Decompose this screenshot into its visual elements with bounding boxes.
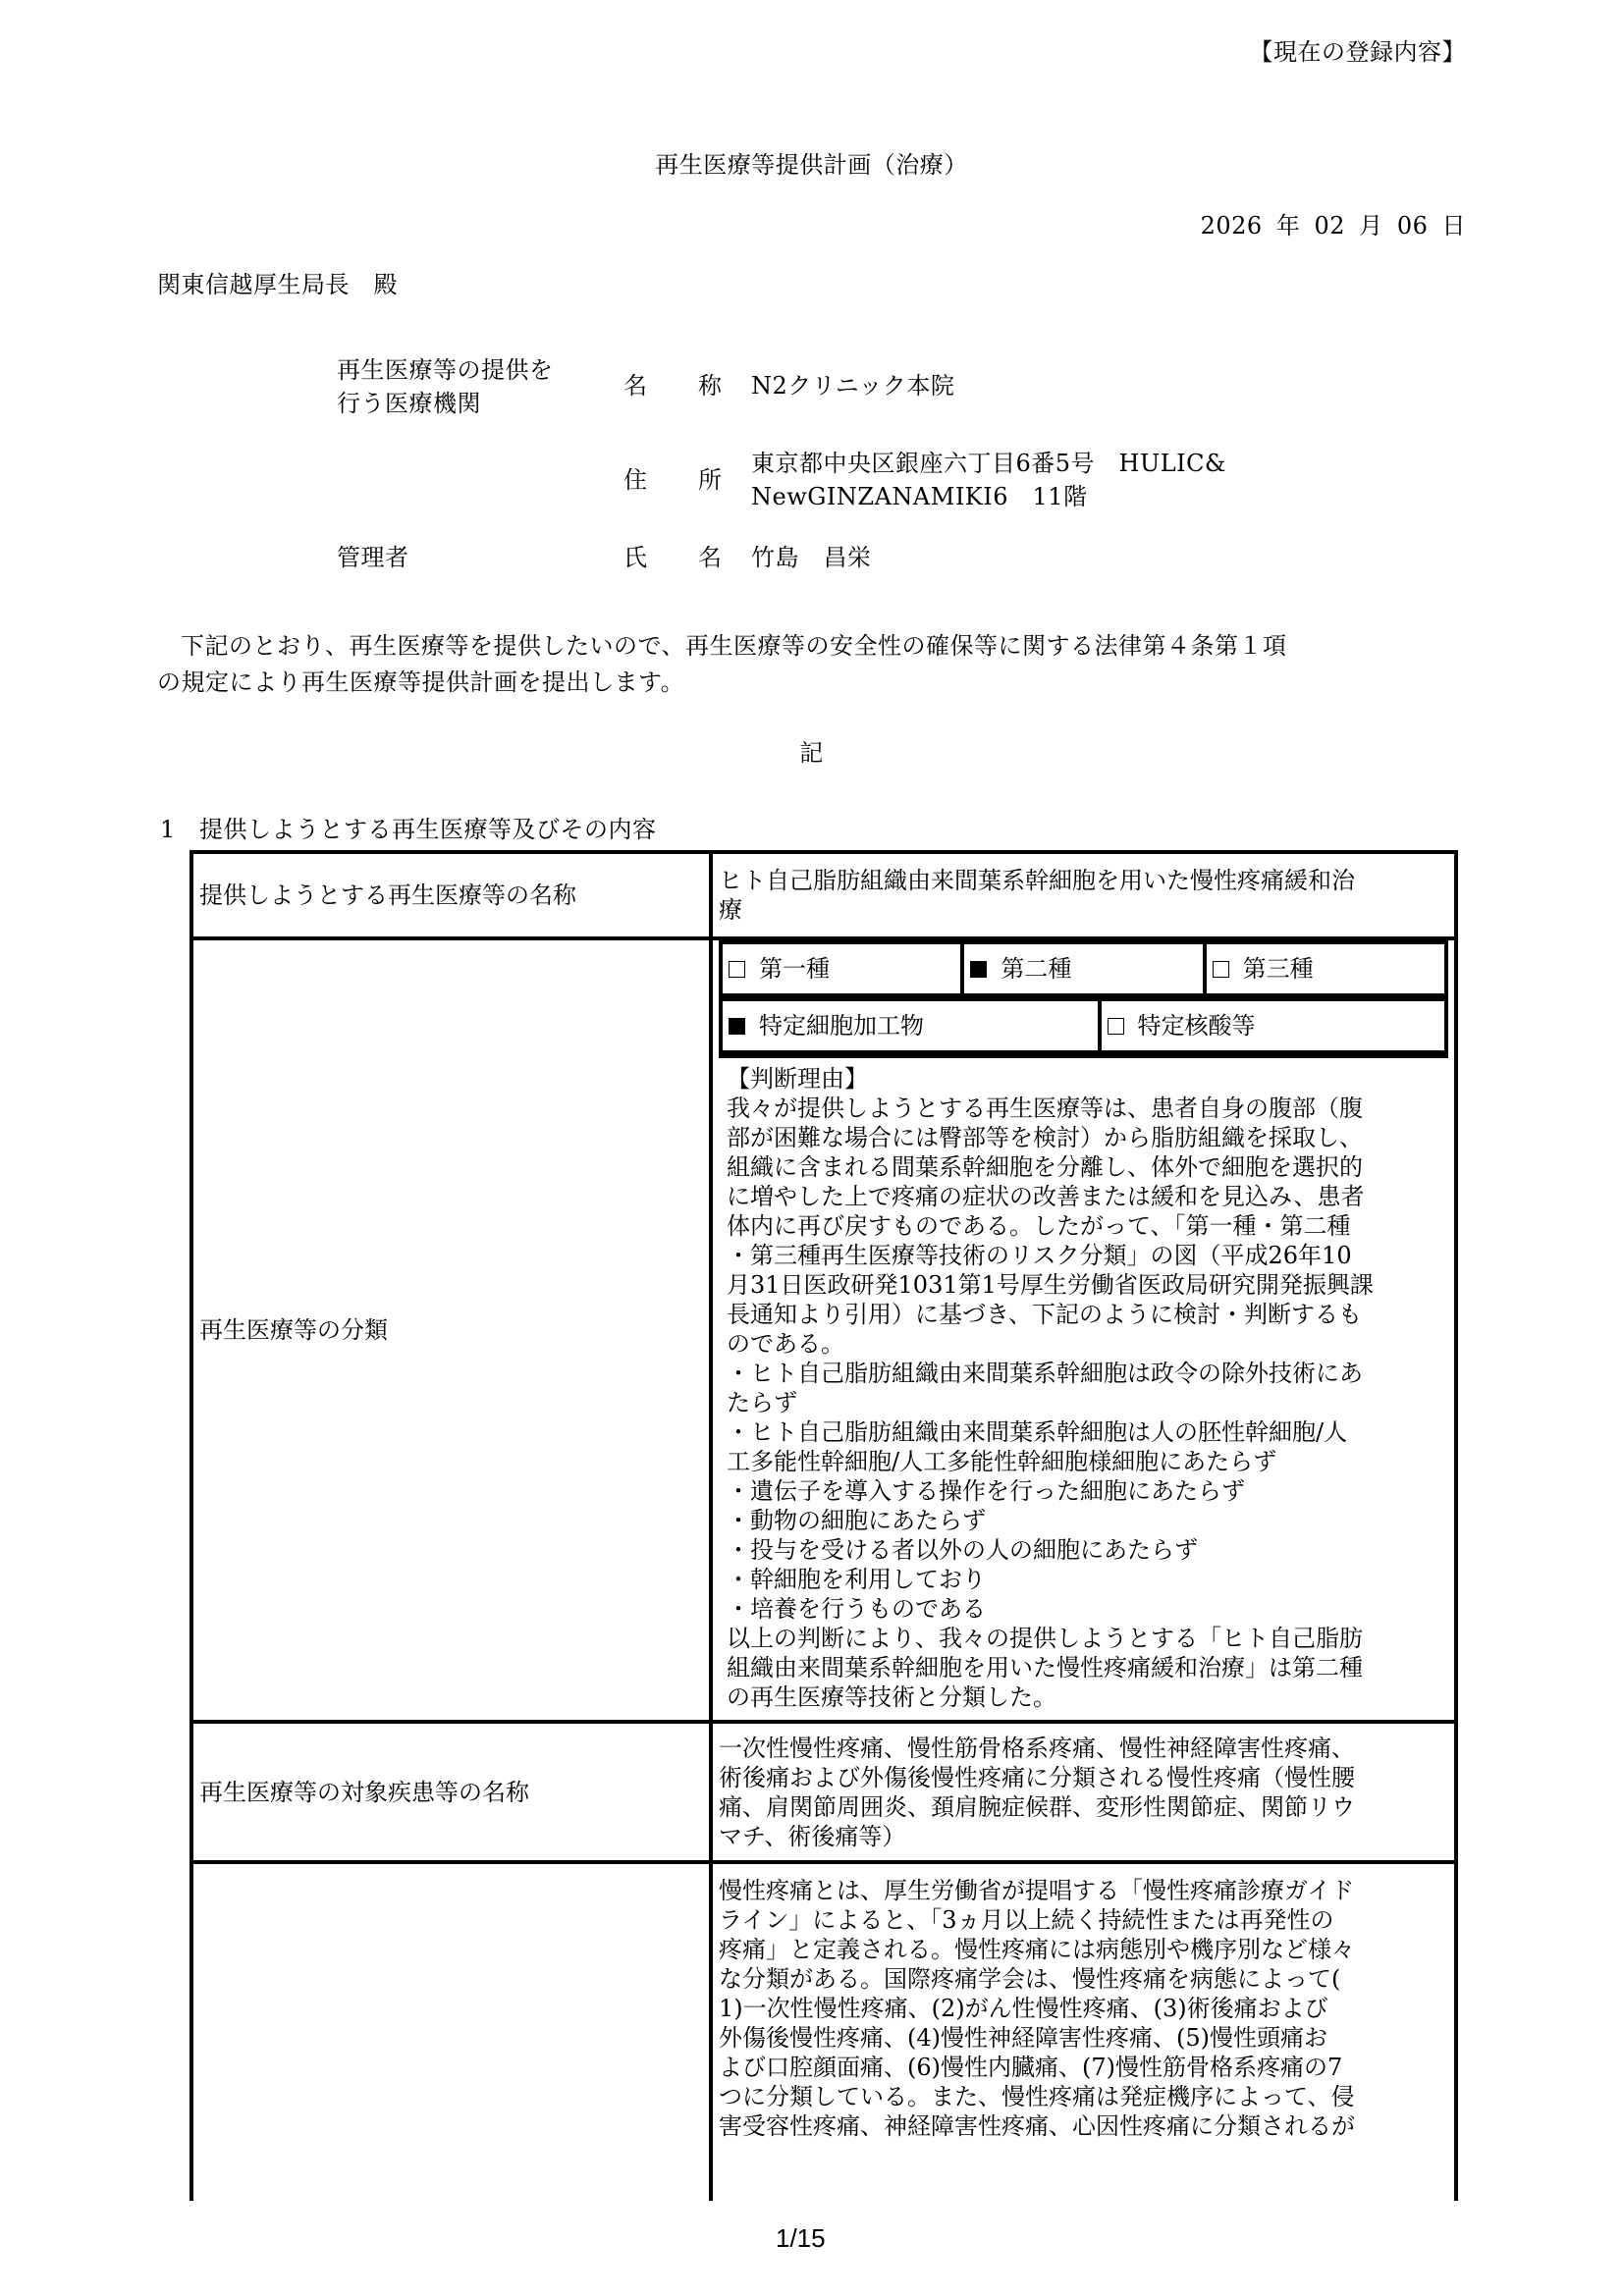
date-year: 2026 — [1201, 212, 1263, 240]
table-row: 慢性疼痛とは、厚生労働省が提唱する「慢性疼痛診療ガイド ライン」によると、「3ヵ… — [191, 1862, 1456, 2201]
date-month: 02 — [1314, 212, 1345, 240]
ki-heading: 記 — [0, 738, 1623, 769]
intro-paragraph: 下記のとおり、再生医療等を提供したいので、再生医療等の安全性の確保等に関する法律… — [157, 628, 1463, 701]
checkbox-class-3[interactable]: 第三種 — [1205, 942, 1446, 995]
institution-name-value: N2クリニック本院 — [751, 369, 954, 402]
section-number: 1 — [160, 815, 199, 845]
intro-line: の規定により再生医療等提供計画を提出します。 — [157, 665, 1463, 701]
checkbox-specified-cell-product[interactable]: 特定細胞加工物 — [721, 999, 1100, 1052]
institution-section-label: 再生医療等の提供を 行う医療機関 — [337, 353, 554, 420]
section-title: 提供しようとする再生医療等及びその内容 — [199, 816, 657, 843]
manager-section-label: 管理者 — [337, 543, 409, 573]
registration-status-label: 【現在の登録内容】 — [1250, 37, 1467, 68]
addressee: 関東信越厚生局長 殿 — [157, 270, 398, 300]
checkbox-class-1[interactable]: 第一種 — [721, 942, 962, 995]
institution-name-label: 名 称 — [623, 371, 735, 401]
manager-name-value: 竹島 昌栄 — [751, 541, 872, 574]
product-type-checkboxes: 特定細胞加工物 特定核酸等 — [719, 997, 1448, 1054]
row-label-target-disease: 再生医療等の対象疾患等の名称 — [191, 1722, 711, 1862]
checkbox-checked-icon[interactable] — [970, 961, 987, 978]
intro-line: 下記のとおり、再生医療等を提供したいので、再生医療等の安全性の確保等に関する法律… — [157, 628, 1463, 665]
section-1-heading: 1提供しようとする再生医療等及びその内容 — [160, 815, 657, 845]
row-label-disease-description — [191, 1862, 711, 2201]
page-number: 1/15 — [776, 2223, 826, 2254]
submission-date: 2026 年 02 月 06 日 — [1201, 211, 1466, 241]
date-day-unit: 日 — [1442, 212, 1467, 240]
table-row: 提供しようとする再生医療等の名称 ヒト自己脂肪組織由来間葉系幹細胞を用いた慢性疼… — [191, 852, 1456, 938]
checkbox-class-2[interactable]: 第二種 — [962, 942, 1204, 995]
treatment-plan-table: 提供しようとする再生医療等の名称 ヒト自己脂肪組織由来間葉系幹細胞を用いた慢性疼… — [189, 850, 1458, 2201]
institution-address-value: 東京都中央区銀座六丁目6番5号 HULIC& NewGINZANAMIKI6 1… — [751, 447, 1226, 513]
address-line: 東京都中央区銀座六丁目6番5号 HULIC& — [751, 447, 1226, 480]
checkbox-specified-nucleic-acid[interactable]: 特定核酸等 — [1100, 999, 1447, 1052]
row-value-treatment-name: ヒト自己脂肪組織由来間葉系幹細胞を用いた慢性疼痛緩和治 療 — [711, 852, 1456, 938]
institution-section-label-line: 行う医療機関 — [337, 387, 554, 420]
document-title: 再生医療等提供計画（治療） — [0, 150, 1623, 181]
date-month-unit: 月 — [1359, 212, 1383, 240]
manager-name-label: 氏 名 — [623, 543, 735, 573]
checkbox-unchecked-icon[interactable] — [729, 961, 745, 978]
classification-reason: 【判断理由】 我々が提供しようとする再生医療等は、患者自身の腹部（腹 部が困難な… — [719, 1054, 1448, 1720]
checkbox-unchecked-icon[interactable] — [1108, 1018, 1124, 1035]
row-value-classification: 第一種 第二種 第三種 特定細胞加工物 特定核酸等 【判断理由】 我々が提供しよ… — [711, 938, 1456, 1722]
risk-class-checkboxes: 第一種 第二種 第三種 — [719, 940, 1448, 997]
row-label-treatment-name: 提供しようとする再生医療等の名称 — [191, 852, 711, 938]
checkbox-checked-icon[interactable] — [729, 1018, 745, 1035]
row-value-disease-description: 慢性疼痛とは、厚生労働省が提唱する「慢性疼痛診療ガイド ライン」によると、「3ヵ… — [711, 1862, 1456, 2201]
row-label-classification: 再生医療等の分類 — [191, 938, 711, 1722]
institution-address-label: 住 所 — [623, 465, 735, 496]
table-row: 再生医療等の分類 第一種 第二種 第三種 特定細胞加工物 特定核酸等 【判断理由… — [191, 938, 1456, 1722]
date-day: 06 — [1397, 212, 1429, 240]
table-row: 再生医療等の対象疾患等の名称 一次性慢性疼痛、慢性筋骨格系疼痛、慢性神経障害性疼… — [191, 1722, 1456, 1862]
address-line: NewGINZANAMIKI6 11階 — [751, 480, 1226, 513]
institution-section-label-line: 再生医療等の提供を — [337, 353, 554, 387]
row-value-target-disease: 一次性慢性疼痛、慢性筋骨格系疼痛、慢性神経障害性疼痛、 術後痛および外傷後慢性疼… — [711, 1722, 1456, 1862]
checkbox-unchecked-icon[interactable] — [1213, 961, 1229, 978]
date-year-unit: 年 — [1276, 212, 1301, 240]
